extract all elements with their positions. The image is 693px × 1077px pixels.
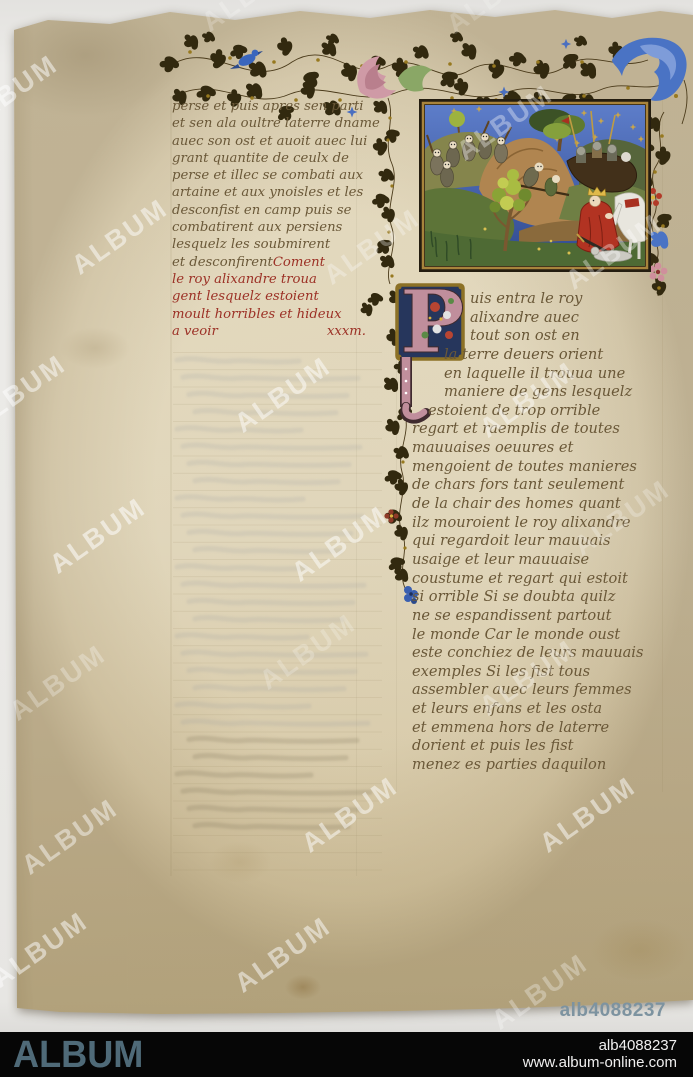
manuscript-line: ne se espandissent partout (398, 607, 666, 626)
manuscript-line: combatirent aux persiens (172, 219, 374, 236)
manuscript-line: ilz mouroient le roy alixandre (398, 514, 666, 533)
manuscript-line: este conchiez de leurs mauuais (398, 644, 666, 663)
chapter-number: xxxm. (327, 323, 374, 340)
manuscript-line: alixandre auec (398, 309, 666, 328)
manuscript-line: la terre deuers orient (398, 346, 666, 365)
manuscript-line: grant quantite de ceulx de (172, 150, 374, 167)
rubric-line: gent lesquelz estoient (172, 288, 374, 305)
miniature-painting (419, 99, 651, 272)
line-text: desconfist en camp puis se (172, 202, 351, 219)
manuscript-line: qui regardoit leur mauuais (398, 532, 666, 551)
manuscript-line: uis entra le roy (398, 290, 666, 309)
footer-website-url: www.album-online.com (523, 1054, 677, 1071)
stock-photo-manuscript-page: P perse et puis apres sen parti et sen a… (0, 0, 693, 1077)
manuscript-line: en laquelle il trouua une (398, 365, 666, 384)
left-text-column: perse et puis apres sen parti et sen ala… (172, 98, 374, 340)
footer-info: alb4088237 www.album-online.com (523, 1037, 677, 1071)
manuscript-line: et emmena hors de laterre (398, 719, 666, 738)
line-text: combatirent aux persiens (172, 219, 342, 236)
manuscript-line: assembler auec leurs femmes (398, 681, 666, 700)
manuscript-line: le monde Car le monde oust (398, 626, 666, 645)
manuscript-line: perse et illec se combati aux (172, 167, 374, 184)
manuscript-line: dorient et puis les fist (398, 737, 666, 756)
line-text: perse et illec se combati aux (172, 167, 363, 184)
manuscript-line: de la chair des homes quant (398, 495, 666, 514)
manuscript-line: maniere de gens lesquelz (398, 383, 666, 402)
manuscript-line: et sen ala oultre laterre dname (172, 115, 374, 132)
rubric-text: Coment (273, 254, 325, 271)
manuscript-line: et desconfirent Coment (172, 254, 374, 271)
line-text: et desconfirent (172, 254, 273, 271)
manuscript-line: perse et puis apres sen parti (172, 98, 374, 115)
manuscript-line: estoient de trop orrible (398, 402, 666, 421)
manuscript-line: desconfist en camp puis se (172, 202, 374, 219)
manuscript-line: mengoient de toutes manieres (398, 458, 666, 477)
line-text: auec son ost et auoit auec lui (172, 133, 367, 150)
line-text: grant quantite de ceulx de (172, 150, 349, 167)
manuscript-line: de chars fors tant seulement (398, 476, 666, 495)
rubric-line: le roy alixandre troua (172, 271, 374, 288)
line-text: lesquelz les soubmirent (172, 236, 330, 253)
right-text-column: uis entra le roy alixandre auec tout son… (398, 290, 666, 775)
line-text: perse et puis apres sen parti (172, 98, 363, 115)
manuscript-line: auec son ost et auoit auec lui (172, 133, 374, 150)
manuscript-line: tout son ost en (398, 327, 666, 346)
manuscript-line: usaige et leur mauuaise (398, 551, 666, 570)
manuscript-line: lesquelz les soubmirent (172, 236, 374, 253)
manuscript-line: coustume et regart qui estoit (398, 570, 666, 589)
line-text: artaine et aux ynoisles et les (172, 184, 363, 201)
pink-acanthus (357, 56, 432, 99)
manuscript-line: menez es parties daquilon (398, 756, 666, 775)
manuscript-line: regart et raemplis de toutes (398, 420, 666, 439)
manuscript-line: exemples Si les fist tous (398, 663, 666, 682)
manuscript-line: si orrible Si se doubta quilz (398, 588, 666, 607)
rubric-line: moult horribles et hideux (172, 306, 374, 323)
rubric-text: gent lesquelz estoient (172, 288, 319, 305)
rubric-line: a veoirxxxm. (172, 323, 374, 340)
rubric-text: le roy alixandre troua (172, 271, 317, 288)
manuscript-line: mauuaises oeuures et (398, 439, 666, 458)
footer-bar: ALBUM alb4088237 www.album-online.com (0, 1032, 693, 1077)
rubric-text: moult horribles et hideux (172, 306, 342, 323)
corner-reference-id: alb4088237 (560, 1000, 666, 1022)
manuscript-line: artaine et aux ynoisles et les (172, 184, 374, 201)
manuscript-line: et leurs enfans et les osta (398, 700, 666, 719)
showthrough-text (177, 359, 370, 828)
footer-reference-id: alb4088237 (523, 1037, 677, 1054)
line-text: et sen ala oultre laterre dname (172, 115, 380, 132)
rubric-text: a veoir (172, 323, 218, 340)
album-logo: ALBUM (13, 1035, 143, 1075)
